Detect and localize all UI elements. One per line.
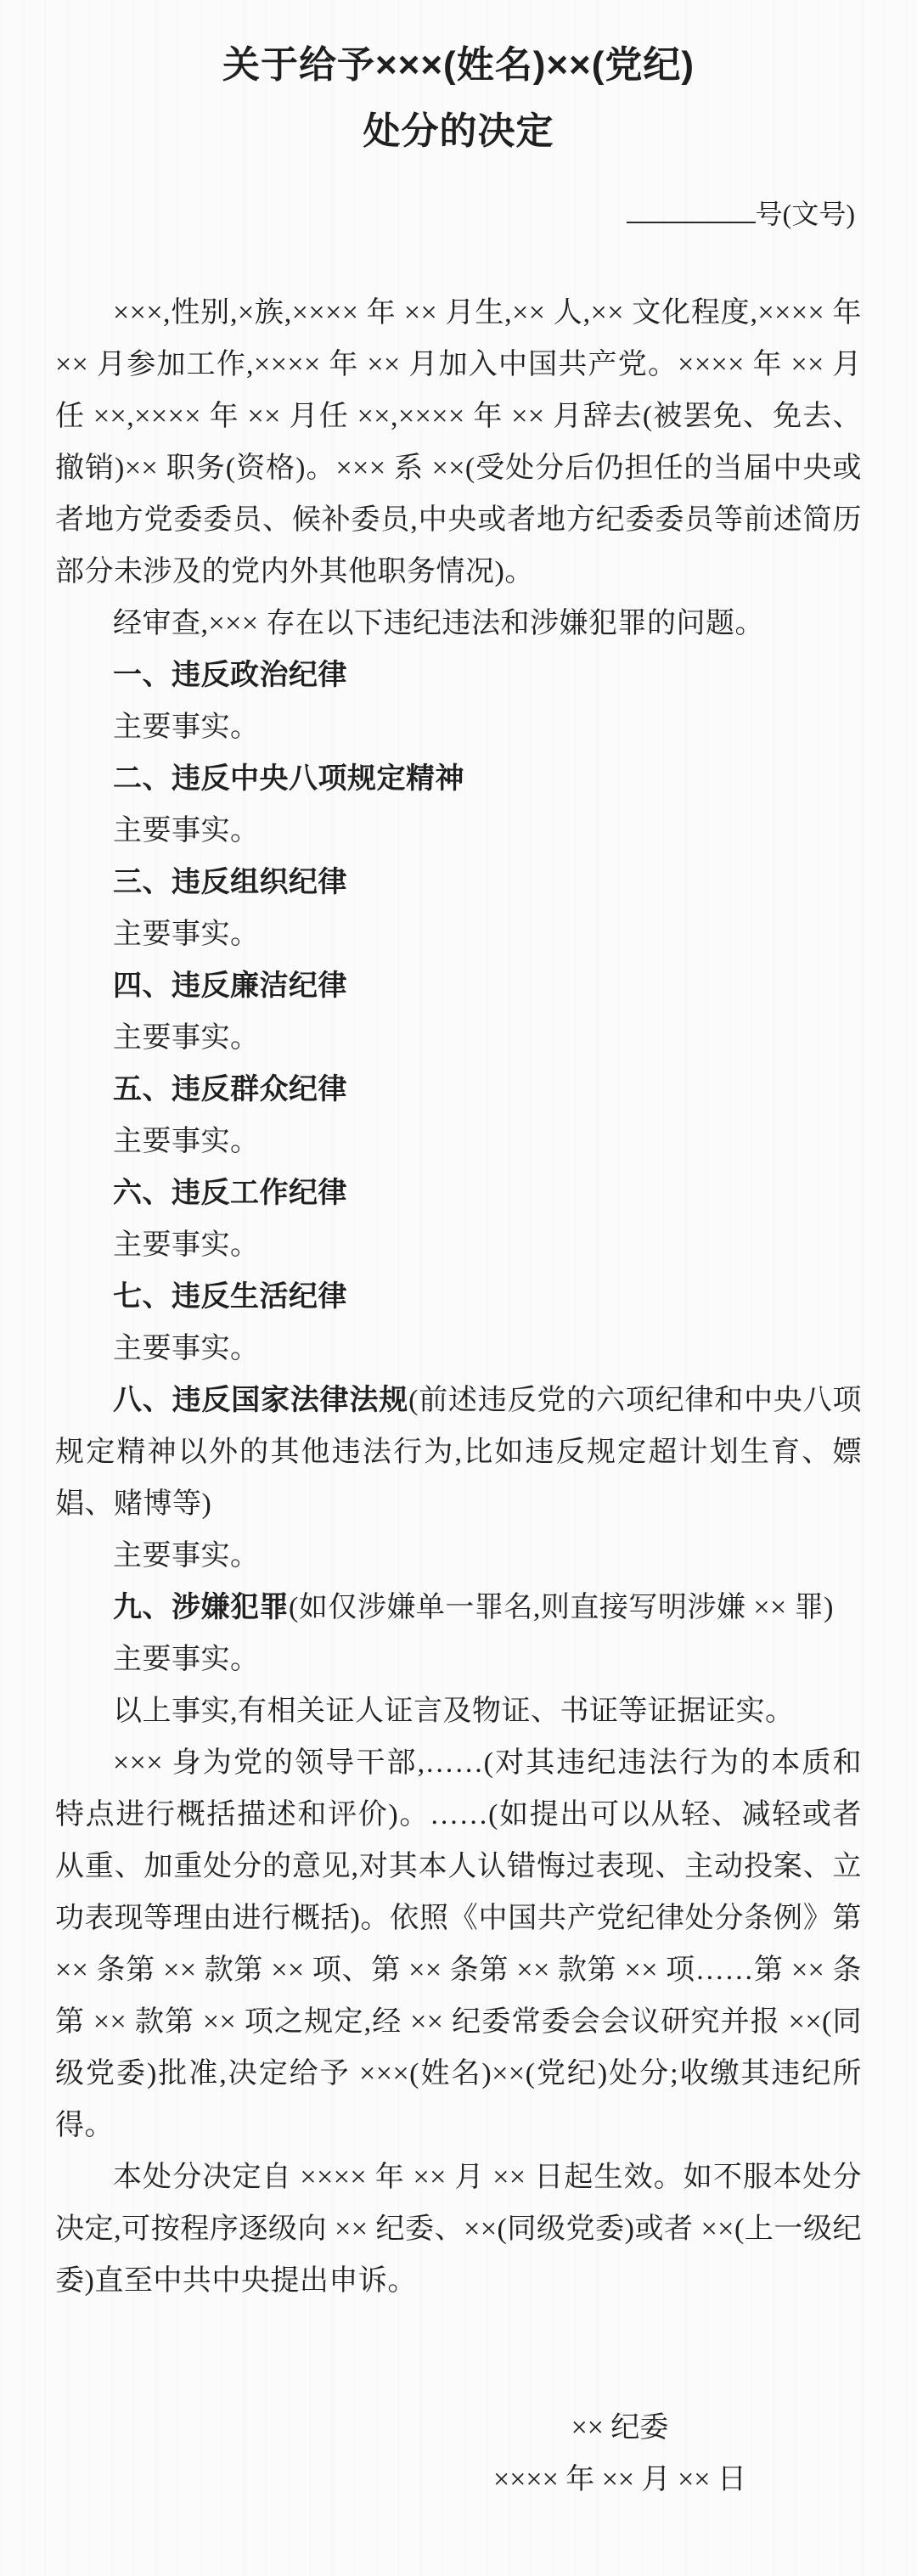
section-heading-1: 一、违反政治纪律 xyxy=(55,650,862,701)
document-page: 关于给予×××(姓名)××(党纪) 处分的决定 号(文号) ×××,性别,×族,… xyxy=(0,0,917,2576)
section-7-facts: 主要事实。 xyxy=(55,1323,862,1375)
section-heading-5: 五、违反群众纪律 xyxy=(55,1064,862,1116)
paragraph-profile: ×××,性别,×族,×××× 年 ×× 月生,×× 人,×× 文化程度,××××… xyxy=(55,287,862,598)
section-heading-4: 四、违反廉洁纪律 xyxy=(55,960,862,1012)
section-heading-9: 九、涉嫌犯罪(如仅涉嫌单一罪名,则直接写明涉嫌 ×× 罪) xyxy=(55,1582,862,1634)
document-title: 关于给予×××(姓名)××(党纪) 处分的决定 xyxy=(55,32,862,165)
signature-block: ×× 纪委 ×××× 年 ×× 月 ×× 日 xyxy=(437,2402,802,2506)
section-8-facts: 主要事实。 xyxy=(55,1530,862,1582)
section-9-facts: 主要事实。 xyxy=(55,1634,862,1685)
paragraph-evidence: 以上事实,有相关证人证言及物证、书证等证据证实。 xyxy=(55,1685,862,1737)
paragraph-review-intro: 经审查,××× 存在以下违纪违法和涉嫌犯罪的问题。 xyxy=(55,598,862,650)
section-heading-8-bold: 八、违反国家法律法规 xyxy=(113,1384,408,1416)
paragraph-decision: ××× 身为党的领导干部,……(对其违纪违法行为的本质和特点进行概括描述和评价)… xyxy=(55,1737,862,2151)
section-5-facts: 主要事实。 xyxy=(55,1116,862,1167)
section-heading-3: 三、违反组织纪律 xyxy=(55,857,862,908)
section-1-facts: 主要事实。 xyxy=(55,701,862,753)
doc-number-line: 号(文号) xyxy=(55,195,862,233)
section-2-facts: 主要事实。 xyxy=(55,805,862,857)
doc-number-blank-underline xyxy=(627,196,756,223)
section-heading-8: 八、违反国家法律法规(前述违反党的六项纪律和中央八项规定精神以外的其他违法行为,… xyxy=(55,1375,862,1530)
title-line-2: 处分的决定 xyxy=(55,98,862,165)
section-heading-6: 六、违反工作纪律 xyxy=(55,1167,862,1219)
section-heading-9-note: (如仅涉嫌单一罪名,则直接写明涉嫌 ×× 罪) xyxy=(289,1592,834,1623)
section-heading-9-bold: 九、涉嫌犯罪 xyxy=(113,1591,289,1623)
section-3-facts: 主要事实。 xyxy=(55,908,862,960)
section-heading-2: 二、违反中央八项规定精神 xyxy=(55,753,862,805)
doc-number-suffix: 号(文号) xyxy=(756,199,855,229)
title-line-1: 关于给予×××(姓名)××(党纪) xyxy=(55,32,862,98)
signature-date: ×××× 年 ×× 月 ×× 日 xyxy=(437,2454,802,2506)
section-heading-7: 七、违反生活纪律 xyxy=(55,1271,862,1323)
document-body: ×××,性别,×族,×××× 年 ×× 月生,×× 人,×× 文化程度,××××… xyxy=(55,287,862,2307)
paragraph-effective-appeal: 本处分决定自 ×××× 年 ×× 月 ×× 日起生效。如不服本处分决定,可按程序… xyxy=(55,2151,862,2307)
section-6-facts: 主要事实。 xyxy=(55,1219,862,1271)
section-4-facts: 主要事实。 xyxy=(55,1012,862,1064)
signature-org: ×× 纪委 xyxy=(437,2402,802,2454)
